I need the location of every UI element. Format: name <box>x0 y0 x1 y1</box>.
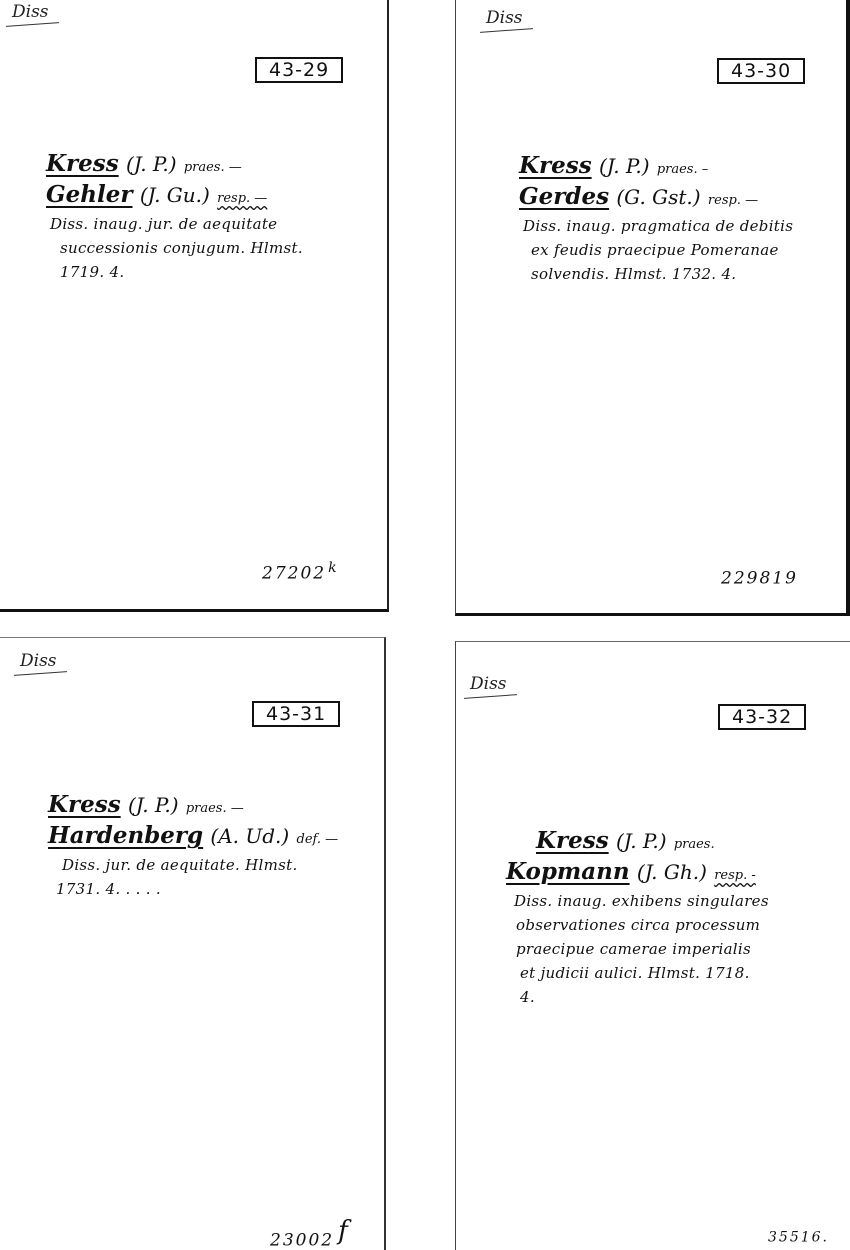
title-line: 4. <box>520 985 769 1009</box>
catalog-card-43-32: Diss 43-32 Kress (J. P.) praes. Kopmann … <box>455 641 850 1250</box>
title-line: praecipue camerae imperialis <box>516 937 769 961</box>
category-mark: Diss <box>20 651 57 671</box>
praeses-surname: Kress <box>48 791 121 818</box>
respondent-surname: Kopmann <box>506 858 630 885</box>
title-line: 1719. 4. <box>60 260 303 284</box>
shelfmark-label: 43-31 <box>252 701 340 727</box>
shelfmark-label: 43-29 <box>255 57 343 83</box>
respondent-line: Gehler (J. Gu.) resp. — <box>46 181 303 212</box>
respondent-role: resp. — <box>217 191 267 206</box>
title-line: et judicii aulici. Hlmst. 1718. <box>520 961 769 985</box>
praeses-line: Kress (J. P.) praes. – <box>519 152 793 183</box>
praeses-role: praes. <box>674 837 715 852</box>
praeses-surname: Kress <box>536 827 609 854</box>
respondent-surname: Gerdes <box>519 183 609 210</box>
accession-number: 229819 <box>721 565 800 589</box>
respondent-role: def. — <box>297 832 339 847</box>
catalog-card-43-31: Diss 43-31 Kress (J. P.) praes. — Harden… <box>0 637 386 1250</box>
title-line: ex feudis praecipue Pomeranae <box>531 238 793 262</box>
title-line: 1731. 4. . . . . <box>56 877 338 901</box>
category-mark: Diss <box>470 674 507 694</box>
respondent-line: Hardenberg (A. Ud.) def. — <box>48 822 338 853</box>
praeses-role: praes. — <box>184 160 242 175</box>
praeses-surname: Kress <box>519 152 592 179</box>
title-line: successionis conjugum. Hlmst. <box>60 236 303 260</box>
catalog-entry: Kress (J. P.) praes. — Hardenberg (A. Ud… <box>48 791 338 901</box>
catalog-card-43-29: Diss 43-29 Kress (J. P.) praes. — Gehler… <box>0 0 389 612</box>
title-line: Diss. jur. de aequitate. Hlmst. <box>62 853 338 877</box>
praeses-initials: (J. P.) <box>128 793 179 817</box>
praeses-initials: (J. P.) <box>599 154 650 178</box>
respondent-line: Kopmann (J. Gh.) resp. - <box>506 858 769 889</box>
respondent-line: Gerdes (G. Gst.) resp. — <box>519 183 793 214</box>
praeses-role: praes. – <box>657 162 708 177</box>
respondent-surname: Gehler <box>46 181 133 208</box>
shelfmark-label: 43-30 <box>717 58 805 84</box>
accession-number: 27202k <box>262 560 339 584</box>
respondent-surname: Hardenberg <box>48 822 203 849</box>
praeses-initials: (J. P.) <box>126 152 177 176</box>
respondent-initials: (G. Gst.) <box>616 185 700 209</box>
title-line: Diss. inaug. pragmatica de debitis <box>523 214 793 238</box>
praeses-line: Kress (J. P.) praes. — <box>46 150 303 181</box>
respondent-role: resp. - <box>714 868 756 883</box>
praeses-line: Kress (J. P.) praes. <box>506 827 769 858</box>
respondent-initials: (J. Gu.) <box>140 183 210 207</box>
respondent-initials: (J. Gh.) <box>637 860 707 884</box>
praeses-line: Kress (J. P.) praes. — <box>48 791 338 822</box>
catalog-card-43-30: Diss 43-30 Kress (J. P.) praes. – Gerdes… <box>455 0 850 616</box>
respondent-initials: (A. Ud.) <box>210 824 289 848</box>
shelfmark-label: 43-32 <box>718 704 806 730</box>
category-mark: Diss <box>12 2 49 22</box>
title-line: solvendis. Hlmst. 1732. 4. <box>531 262 793 286</box>
respondent-role: resp. — <box>708 193 758 208</box>
catalog-entry: Kress (J. P.) praes. — Gehler (J. Gu.) r… <box>46 150 303 284</box>
title-line: Diss. inaug. jur. de aequitate <box>50 212 303 236</box>
praeses-initials: (J. P.) <box>616 829 667 853</box>
accession-number: 23002f <box>270 1216 350 1250</box>
title-line: observationes circa processum <box>516 913 769 937</box>
accession-number: 35516. <box>768 1224 831 1246</box>
title-line: Diss. inaug. exhibens singulares <box>514 889 769 913</box>
praeses-surname: Kress <box>46 150 119 177</box>
praeses-role: praes. — <box>186 801 244 816</box>
catalog-entry: Kress (J. P.) praes. – Gerdes (G. Gst.) … <box>519 152 793 286</box>
category-mark: Diss <box>486 8 523 28</box>
catalog-entry: Kress (J. P.) praes. Kopmann (J. Gh.) re… <box>506 827 769 1009</box>
